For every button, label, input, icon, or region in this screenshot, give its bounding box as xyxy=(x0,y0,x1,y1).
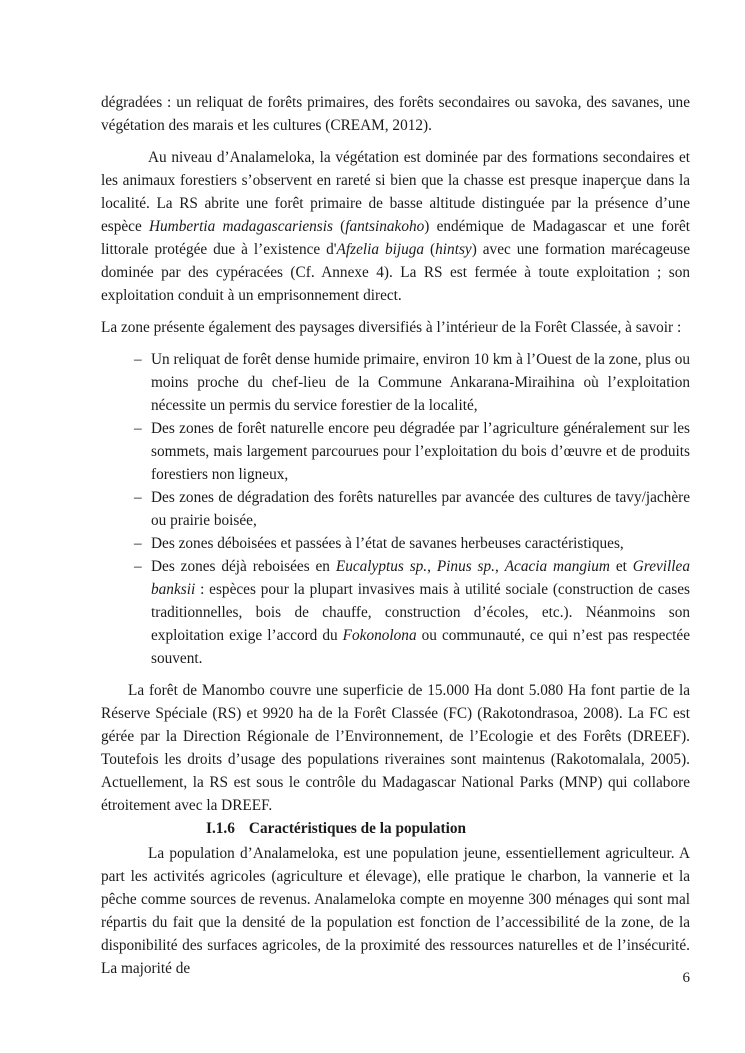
text-run: ( xyxy=(424,241,435,258)
list-item: – Des zones déjà reboisées en Eucalyptus… xyxy=(101,555,690,670)
text-run: hintsy xyxy=(435,241,472,258)
text-run: Des zones déboisées et passées à l’état … xyxy=(151,535,624,552)
text-run: Eucalyptus sp. xyxy=(336,558,427,575)
paragraph-manombo: La forêt de Manombo couvre une superfici… xyxy=(101,679,690,817)
text-run: La zone présente également des paysages … xyxy=(101,319,681,336)
text-run: La forêt de Manombo couvre une superfici… xyxy=(101,682,690,814)
text-run: fantsinakoho xyxy=(345,218,424,235)
document-page: dégradées : un reliquat de forêts primai… xyxy=(0,0,745,1053)
page-footer: 6 xyxy=(101,967,690,990)
text-run: , xyxy=(495,558,505,575)
text-run: Un reliquat de forêt dense humide primai… xyxy=(151,351,690,414)
text-run: Des zones de dégradation des forêts natu… xyxy=(151,489,690,529)
dash-bullet-icon: – xyxy=(134,486,142,509)
text-run: , xyxy=(427,558,437,575)
paragraph-population: La population d’Analameloka, est une pop… xyxy=(101,842,690,980)
text-run: La population d’Analameloka, est une pop… xyxy=(101,845,690,977)
page-number: 6 xyxy=(683,970,691,986)
list-item: – Un reliquat de forêt dense humide prim… xyxy=(101,348,690,417)
text-run: Afzelia bijuga xyxy=(337,241,425,258)
section-heading: I.1.6 Caractéristiques de la population xyxy=(206,817,690,840)
text-run: et xyxy=(610,558,633,575)
text-run: Des zones de forêt naturelle encore peu … xyxy=(151,420,690,483)
text-run: Humbertia madagascariensis xyxy=(149,218,333,235)
list-item-text: Des zones déboisées et passées à l’état … xyxy=(151,535,624,552)
dash-bullet-icon: – xyxy=(134,555,142,578)
paragraph-continuation: dégradées : un reliquat de forêts primai… xyxy=(101,91,690,137)
list-item-text: Des zones de forêt naturelle encore peu … xyxy=(151,420,690,483)
dash-bullet-icon: – xyxy=(134,348,142,371)
list-item-text: Des zones déjà reboisées en Eucalyptus s… xyxy=(151,558,690,667)
heading-number: I.1.6 xyxy=(206,817,235,840)
list-item: – Des zones de dégradation des forêts na… xyxy=(101,486,690,532)
heading-title: Caractéristiques de la population xyxy=(249,817,466,840)
dash-bullet-icon: – xyxy=(134,532,142,555)
dash-bullet-icon: – xyxy=(134,417,142,440)
page-body-text: dégradées : un reliquat de forêts primai… xyxy=(101,91,690,980)
text-run: ( xyxy=(333,218,345,235)
landscape-list: – Un reliquat de forêt dense humide prim… xyxy=(101,348,690,670)
paragraph-vegetation: Au niveau d’Analameloka, la végétation e… xyxy=(101,146,690,307)
text-run: Fokonolona xyxy=(343,627,417,644)
text-run: Pinus sp. xyxy=(437,558,495,575)
text-run: Des zones déjà reboisées en xyxy=(151,558,336,575)
paragraph-zone-intro: La zone présente également des paysages … xyxy=(101,316,690,339)
list-item-text: Un reliquat de forêt dense humide primai… xyxy=(151,351,690,414)
text-run: dégradées : un reliquat de forêts primai… xyxy=(101,94,690,134)
list-item: – Des zones déboisées et passées à l’éta… xyxy=(101,532,690,555)
list-item: – Des zones de forêt naturelle encore pe… xyxy=(101,417,690,486)
list-item-text: Des zones de dégradation des forêts natu… xyxy=(151,489,690,529)
text-run: Acacia mangium xyxy=(505,558,610,575)
